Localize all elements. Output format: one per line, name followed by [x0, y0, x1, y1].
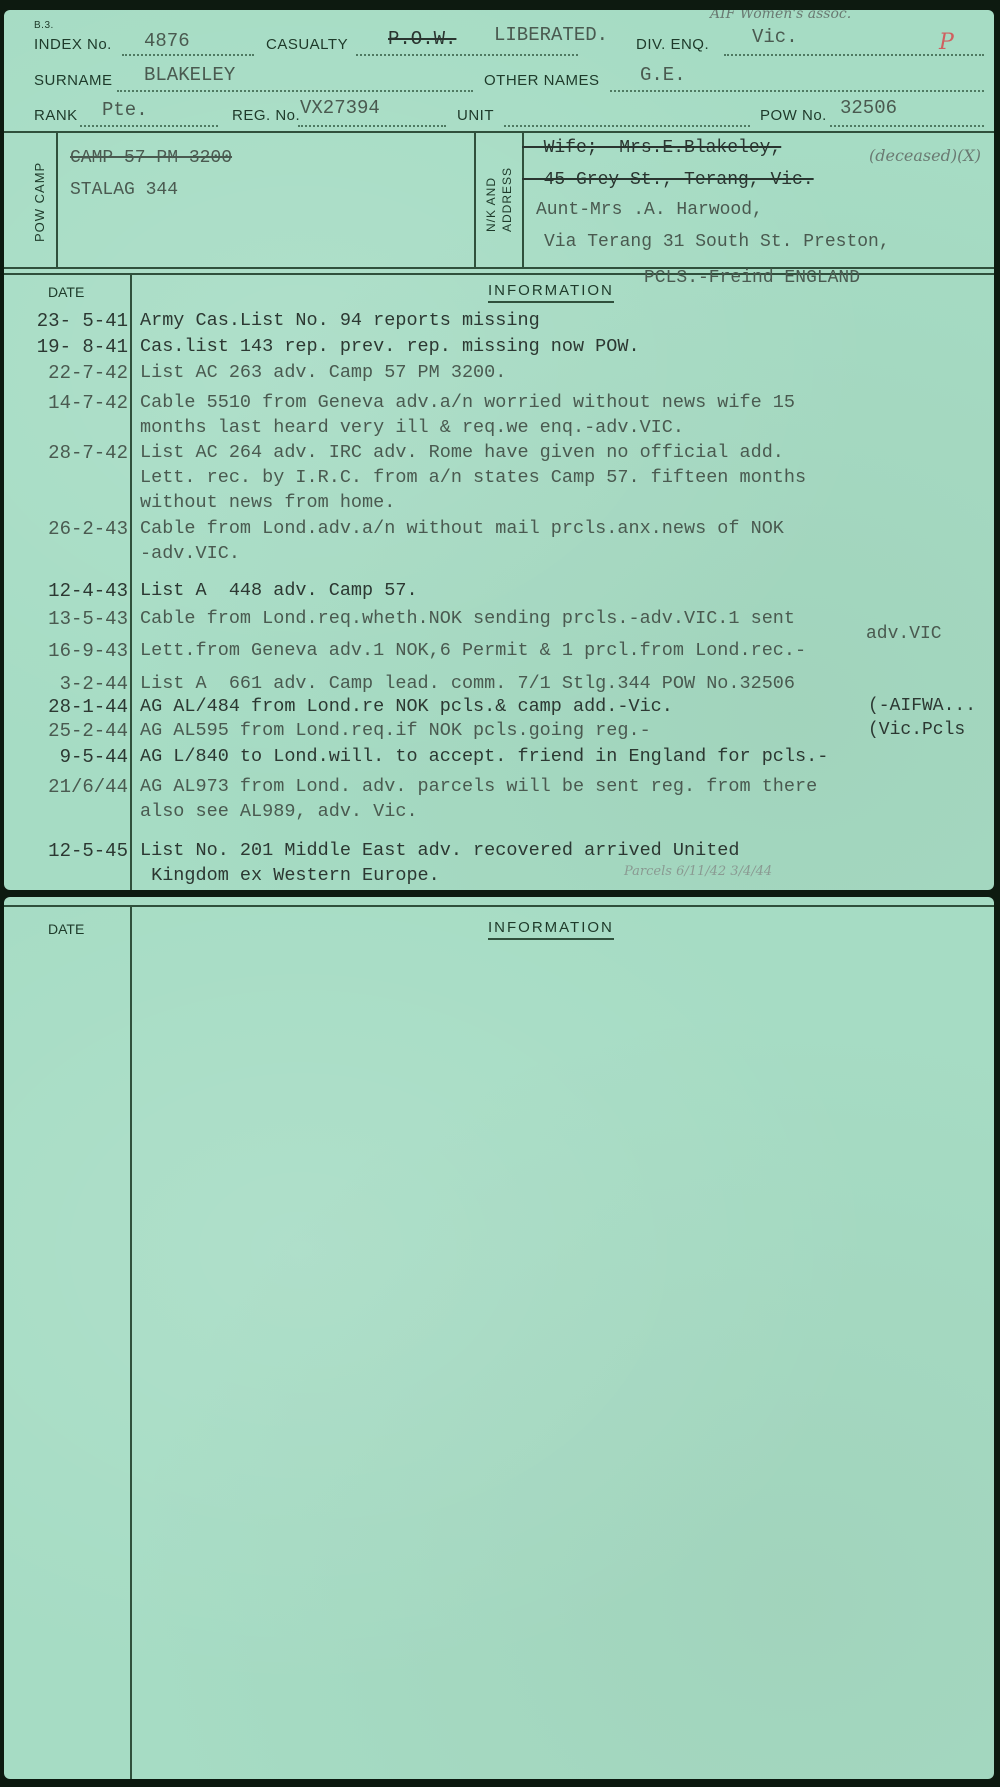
- unit-label: UNIT: [457, 107, 494, 124]
- entry-date: 13-5-43: [4, 608, 128, 630]
- entry-text: AG AL595 from Lond.req.if NOK pcls.going…: [140, 718, 651, 743]
- other-names-label: OTHER NAMES: [484, 72, 600, 89]
- information-header: INFORMATION: [488, 282, 614, 303]
- address-label: ADDRESS: [500, 167, 514, 232]
- entry-date: 12-4-43: [4, 580, 128, 602]
- entry-side-note: (-AIFWA...: [868, 696, 976, 716]
- entry-text: List AC 263 adv. Camp 57 PM 3200.: [140, 360, 506, 385]
- nok-line-2: Via Terang 31 South St. Preston,: [544, 232, 890, 252]
- entry-date: 28-7-42: [4, 442, 128, 464]
- reverse-date-header: DATE: [48, 921, 84, 937]
- red-mark: P: [939, 30, 954, 55]
- entry-text: Lett.from Geneva adv.1 NOK,6 Permit & 1 …: [140, 638, 806, 663]
- entry-side-note: (Vic.Pcls: [868, 720, 965, 740]
- nok-left-divider: [474, 133, 476, 267]
- nok-and-label: N/K AND: [484, 177, 498, 232]
- pencil-annotation-top: AIF Women's assoc.: [710, 10, 851, 22]
- casualty-line: [356, 54, 578, 56]
- other-names-line: [610, 90, 984, 92]
- entry-text: Cable from Lond.adv.a/n without mail prc…: [140, 516, 784, 566]
- entry-date: 12-5-45: [4, 840, 128, 862]
- entry-note-above: adv.VIC: [866, 624, 942, 644]
- reg-no-value: VX27394: [300, 97, 380, 119]
- rank-label: RANK: [34, 107, 78, 124]
- pow-no-line: [830, 125, 984, 127]
- entry-date: 28-1-44: [4, 696, 128, 718]
- entry-date: 26-2-43: [4, 518, 128, 540]
- pow-no-label: POW No.: [760, 107, 827, 124]
- entry-text: Army Cas.List No. 94 reports missing: [140, 308, 540, 333]
- reverse-date-column-divider: [130, 907, 132, 1779]
- pencil-annotation-bottom: Parcels 6/11/42 3/4/44: [624, 864, 772, 879]
- entry-text: AG AL/484 from Lond.re NOK pcls.& camp a…: [140, 694, 673, 719]
- div-enq-line: [724, 54, 984, 56]
- entry-text: Cas.list 143 rep. prev. rep. missing now…: [140, 334, 640, 359]
- entry-date: 3-2-44: [4, 673, 128, 695]
- reverse-top-line: [4, 905, 994, 907]
- pow-camp-struck: CAMP-57-PM-3200: [70, 148, 232, 168]
- nok-struck-line-1: --Wife;--Mrs.E.Blakeley,: [522, 138, 781, 158]
- entry-text: List No. 201 Middle East adv. recovered …: [140, 838, 740, 888]
- entry-text: List A 661 adv. Camp lead. comm. 7/1 Stl…: [140, 671, 795, 696]
- entry-text: AG L/840 to Lond.will. to accept. friend…: [140, 744, 828, 769]
- casualty-value: LIBERATED.: [494, 24, 608, 46]
- index-no-line: [122, 54, 254, 56]
- rank-line: [80, 125, 218, 127]
- pow-no-value: 32506: [840, 97, 897, 119]
- date-column-divider: [130, 274, 132, 890]
- casualty-card-reverse: DATE INFORMATION: [4, 897, 994, 1779]
- entry-date: 16-9-43: [4, 640, 128, 662]
- pow-camp-value: STALAG 344: [70, 180, 178, 200]
- section-divider-top: [4, 131, 994, 133]
- index-no-value: 4876: [144, 30, 190, 52]
- entry-date: 9-5-44: [4, 746, 128, 768]
- surname-label: SURNAME: [34, 72, 113, 89]
- entry-date: 21/6/44: [4, 776, 128, 798]
- date-header: DATE: [48, 284, 84, 300]
- index-no-label: INDEX No.: [34, 36, 112, 53]
- entry-date: 23- 5-41: [4, 310, 128, 332]
- casualty-label: CASUALTY: [266, 36, 348, 53]
- entry-text: Cable from Lond.req.wheth.NOK sending pr…: [140, 606, 795, 631]
- info-header-note: PCLS.-Freind ENGLAND: [644, 268, 860, 288]
- rank-value: Pte.: [102, 99, 148, 121]
- div-enq-label: DIV. ENQ.: [636, 36, 709, 53]
- reverse-information-header: INFORMATION: [488, 919, 614, 940]
- unit-line: [504, 125, 750, 127]
- entry-text: AG AL973 from Lond. adv. parcels will be…: [140, 774, 817, 824]
- reg-no-label: REG. No.: [232, 107, 300, 124]
- pencil-annotation-nok: (deceased)(X): [869, 146, 981, 165]
- entry-date: 25-2-44: [4, 720, 128, 742]
- pow-camp-label-divider: [56, 133, 58, 267]
- entry-text: List A 448 adv. Camp 57.: [140, 578, 418, 603]
- nok-line-1: Aunt-Mrs .A. Harwood,: [536, 200, 763, 220]
- surname-value: BLAKELEY: [144, 64, 235, 86]
- div-enq-value: Vic.: [752, 26, 798, 48]
- other-names-value: G.E.: [640, 64, 686, 86]
- pow-camp-label: POW CAMP: [32, 162, 47, 242]
- reg-no-line: [298, 125, 446, 127]
- entry-date: 22-7-42: [4, 362, 128, 384]
- entry-text: Cable 5510 from Geneva adv.a/n worried w…: [140, 390, 795, 440]
- surname-line: [117, 90, 473, 92]
- form-code: B.3.: [34, 20, 54, 31]
- nok-struck-line-2: --45-Grey-St.,-Terang,-Vic.: [522, 170, 814, 190]
- casualty-struck-value: P.O.W.: [388, 28, 456, 50]
- entry-date: 14-7-42: [4, 392, 128, 414]
- entry-text: List AC 264 adv. IRC adv. Rome have give…: [140, 440, 806, 515]
- entry-date: 19- 8-41: [4, 336, 128, 358]
- casualty-card-front: B.3. AIF Women's assoc. P INDEX No. 4876…: [4, 10, 994, 890]
